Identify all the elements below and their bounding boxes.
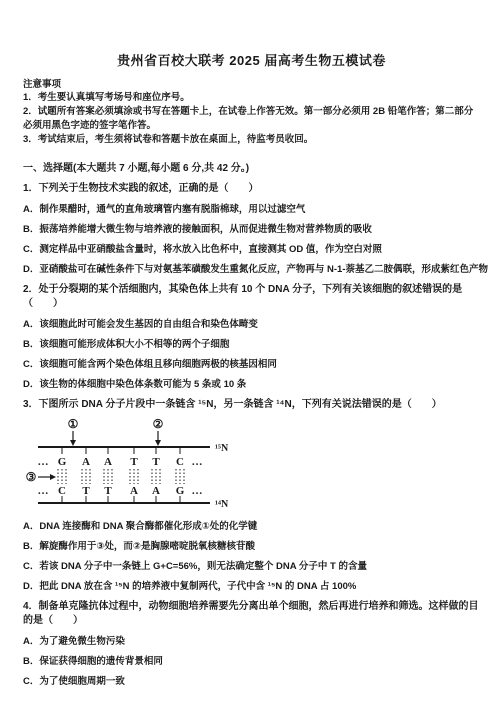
question-2: 2．处于分裂期的某个活细胞内，其染色体上共有 10 个 DNA 分子，下列有关该… bbox=[23, 283, 480, 391]
ellipsis: … bbox=[38, 485, 49, 497]
question-4-option-a: A．为了避免微生物污染 bbox=[23, 635, 480, 648]
question-2-stem: 2．处于分裂期的某个活细胞内，其染色体上共有 10 个 DNA 分子，下列有关该… bbox=[23, 283, 480, 311]
label-circle-3: ③ bbox=[26, 470, 37, 484]
question-3-stem: 3．下图所示 DNA 分子片段中一条链含 ¹⁵N，另一条链含 ¹⁴N，下列有关说… bbox=[23, 398, 480, 412]
question-3-option-b: B．解旋酶作用于③处，而②是胸腺嘧啶脱氧核糖核苷酸 bbox=[23, 540, 480, 553]
question-3-option-a: A．DNA 连接酶和 DNA 聚合酶都催化形成①处的化学键 bbox=[23, 520, 480, 533]
top-base-1: G bbox=[58, 456, 67, 468]
down-arrowhead-icon bbox=[155, 440, 161, 446]
bottom-base-5: A bbox=[152, 485, 160, 497]
question-3-option-d: D．把此 DNA 放在含 ¹⁵N 的培养液中复制两代，子代中含 ¹⁵N 的 DN… bbox=[23, 580, 480, 593]
top-base-2: A bbox=[82, 456, 90, 468]
top-strand-label: ¹⁵N bbox=[215, 443, 229, 454]
hydrogen-bonds bbox=[58, 469, 184, 484]
question-1-option-b: B．振荡培养能增大微生物与培养液的接触面积，从而促进微生物对营养物质的吸收 bbox=[23, 223, 480, 236]
bottom-base-1: C bbox=[58, 485, 66, 497]
exam-page: 贵州省百校大联考 2025 届高考生物五模试卷 注意事项 1．考生要认真填写考场… bbox=[0, 50, 500, 688]
question-3: 3．下图所示 DNA 分子片段中一条链含 ¹⁵N，另一条链含 ¹⁴N，下列有关说… bbox=[23, 398, 480, 593]
question-2-option-b: B．该细胞可能形成体积大小不相等的两个子细胞 bbox=[23, 338, 480, 351]
notice-heading: 注意事项 bbox=[23, 78, 480, 91]
ellipsis: … bbox=[192, 456, 203, 468]
dna-fragment-diagram: ① ② ¹⁵N … G A A bbox=[23, 414, 273, 513]
notice-item-3: 3．考试结束后，考生须将试卷和答题卡放在桌面上，待监考员收回。 bbox=[23, 133, 480, 147]
question-3-option-c: C．若该 DNA 分子中一条链上 G+C=56%，则无法确定整个 DNA 分子中… bbox=[23, 560, 480, 573]
top-base-6: C bbox=[176, 456, 184, 468]
top-base-3: A bbox=[104, 456, 112, 468]
question-2-option-a: A．该细胞此时可能会发生基因的自由组合和染色体畸变 bbox=[23, 318, 480, 331]
bottom-base-4: A bbox=[130, 485, 138, 497]
right-arrowhead-icon bbox=[50, 474, 56, 480]
question-1-option-a: A．制作果醋时，通气的直角玻璃管内塞有脱脂棉球，用以过滤空气 bbox=[23, 203, 480, 216]
dna-fragment-figure: ① ② ¹⁵N … G A A bbox=[23, 414, 480, 513]
question-2-option-c: C．该细胞可能含两个染色体组且移向细胞两极的核基因相同 bbox=[23, 358, 480, 371]
question-2-option-d: D．该生物的体细胞中染色体条数可能为 5 条或 10 条 bbox=[23, 378, 480, 391]
bottom-strand-label: ¹⁴N bbox=[215, 499, 229, 510]
question-4: 4．制备单克隆抗体过程中，动物细胞培养需要先分离出单个细胞，然后再进行培养和筛选… bbox=[23, 600, 480, 688]
bottom-base-2: T bbox=[82, 485, 90, 497]
section-heading-choice-questions: 一、选择题(本大题共 7 小题,每小题 6 分,共 42 分。) bbox=[23, 162, 480, 175]
question-1: 1．下列关于生物技术实践的叙述，正确的是（ ） A．制作果醋时，通气的直角玻璃管… bbox=[23, 182, 480, 276]
label-circle-2: ② bbox=[153, 417, 164, 431]
page-title: 贵州省百校大联考 2025 届高考生物五模试卷 bbox=[23, 50, 480, 69]
notice-item-1: 1．考生要认真填写考场号和座位序号。 bbox=[23, 91, 480, 105]
top-base-4: T bbox=[130, 456, 138, 468]
ellipsis: … bbox=[38, 456, 49, 468]
ellipsis: … bbox=[192, 485, 203, 497]
question-4-stem: 4．制备单克隆抗体过程中，动物细胞培养需要先分离出单个细胞，然后再进行培养和筛选… bbox=[23, 600, 480, 628]
down-arrowhead-icon bbox=[70, 440, 76, 446]
label-circle-1: ① bbox=[68, 417, 79, 431]
top-base-5: T bbox=[152, 456, 160, 468]
question-4-option-c: C．为了使细胞周期一致 bbox=[23, 675, 480, 688]
bottom-base-6: G bbox=[176, 485, 185, 497]
question-4-option-b: B．保证获得细胞的遗传背景相同 bbox=[23, 655, 480, 668]
bottom-base-3: T bbox=[104, 485, 112, 497]
notice-item-2: 2．试题所有答案必须填涂或书写在答题卡上，在试卷上作答无效。第一部分必须用 2B… bbox=[23, 105, 480, 133]
question-1-option-d: D．亚硝酸盐可在碱性条件下与对氨基苯磺酸发生重氮化反应，产物再与 N-1-萘基乙… bbox=[23, 263, 480, 276]
question-1-option-c: C．测定样品中亚硝酸盐含量时，将水放入比色杯中，直接测其 OD 值，作为空白对照 bbox=[23, 243, 480, 256]
question-1-stem: 1．下列关于生物技术实践的叙述，正确的是（ ） bbox=[23, 182, 480, 196]
